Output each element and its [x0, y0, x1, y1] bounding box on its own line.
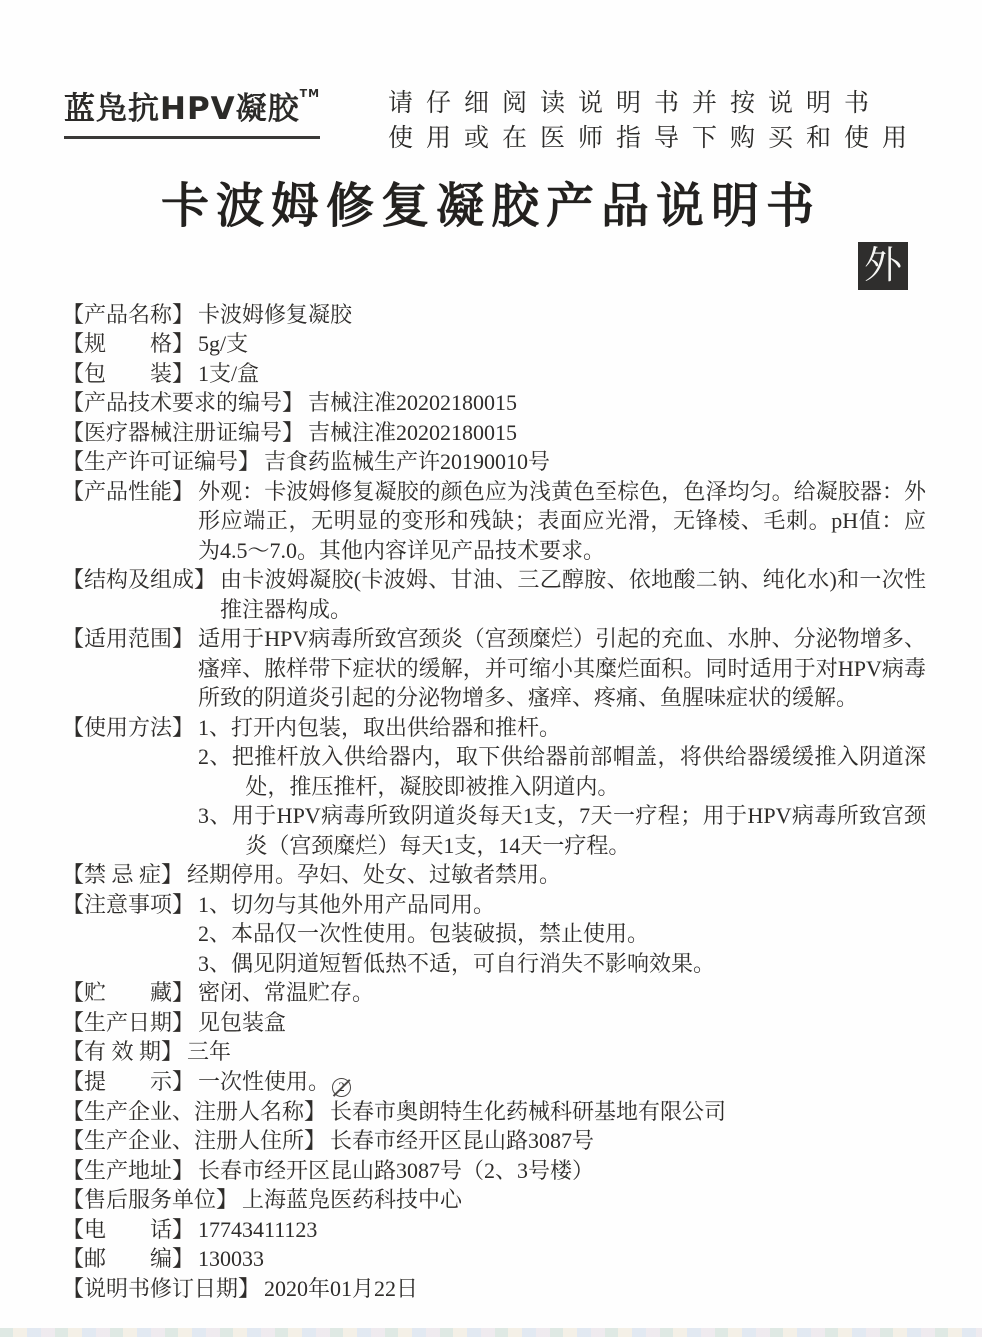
- field-label: 【说明书修订日期】: [62, 1274, 260, 1304]
- field-label: 【生产地址】: [62, 1156, 194, 1186]
- field-value: 三年: [183, 1037, 926, 1067]
- field-value: 17743411123: [194, 1215, 926, 1245]
- row-product-performance: 【产品性能】 外观：卡波姆修复凝胶的颜色应为浅黄色至棕色，色泽均匀。给凝胶器：外…: [62, 477, 926, 566]
- row-after-sales-unit: 【售后服务单位】 上海蓝凫医药科技中心: [62, 1185, 926, 1215]
- field-value: 由卡波姆凝胶(卡波姆、甘油、三乙醇胺、依地酸二钠、纯化水)和一次性推注器构成。: [216, 565, 926, 624]
- field-value: 上海蓝凫医药科技中心: [238, 1185, 926, 1215]
- row-tech-requirement-no: 【产品技术要求的编号】 吉械注准20202180015: [62, 388, 926, 418]
- row-phone: 【电 话】 17743411123: [62, 1215, 926, 1245]
- brand-block: 蓝凫抗HPV凝胶TM: [64, 86, 320, 139]
- row-product-name: 【产品名称】 卡波姆修复凝胶: [62, 300, 926, 330]
- row-spec: 【规 格】 5g/支: [62, 329, 926, 359]
- usage-step-3: 3、用于HPV病毒所致阴道炎每天1支，7天一疗程；用于HPV病毒所致宫颈炎（宫颈…: [198, 801, 926, 860]
- field-label: 【产品名称】: [62, 300, 194, 330]
- field-value: 1、切勿与其他外用产品同用。 2、本品仅一次性使用。包装破损，禁止使用。 3、偶…: [194, 890, 926, 979]
- header: 蓝凫抗HPV凝胶TM 请仔细阅读说明书并按说明书 使用或在医师指导下购买和使用: [64, 86, 924, 156]
- field-value: 一次性使用。2: [194, 1067, 926, 1097]
- field-label: 【提 示】: [62, 1067, 194, 1097]
- field-label: 【邮 编】: [62, 1244, 194, 1274]
- row-manufacturer-name: 【生产企业、注册人名称】 长春市奥朗特生化药械科研基地有限公司: [62, 1097, 926, 1127]
- field-label: 【生产许可证编号】: [62, 447, 260, 477]
- field-label: 【适用范围】: [62, 624, 194, 654]
- scan-edge-artifact: [0, 1328, 982, 1337]
- spec-list: 【产品名称】 卡波姆修复凝胶 【规 格】 5g/支 【包 装】 1支/盒 【产品…: [62, 300, 926, 1304]
- field-label: 【医疗器械注册证编号】: [62, 418, 304, 448]
- row-production-date: 【生产日期】 见包装盒: [62, 1008, 926, 1038]
- field-value: 卡波姆修复凝胶: [194, 300, 926, 330]
- row-usage-method: 【使用方法】 1、打开内包装，取出供给器和推杆。 2、把推杆放入供给器内，取下供…: [62, 713, 926, 861]
- notice-line-2: 使用或在医师指导下购买和使用: [388, 121, 920, 156]
- field-label: 【电 话】: [62, 1215, 194, 1245]
- precaution-1: 1、切勿与其他外用产品同用。: [198, 890, 926, 920]
- field-label: 【贮 藏】: [62, 978, 194, 1008]
- field-label: 【使用方法】: [62, 713, 194, 743]
- field-value: 5g/支: [194, 329, 926, 359]
- row-scope-of-application: 【适用范围】 适用于HPV病毒所致宫颈炎（宫颈糜烂）引起的充血、水肿、分泌物增多…: [62, 624, 926, 713]
- field-label: 【生产日期】: [62, 1008, 194, 1038]
- instruction-sheet-page: 蓝凫抗HPV凝胶TM 请仔细阅读说明书并按说明书 使用或在医师指导下购买和使用 …: [0, 0, 982, 1337]
- row-manufacturer-residence: 【生产企业、注册人住所】 长春市经开区昆山路3087号: [62, 1126, 926, 1156]
- tip-text: 一次性使用。: [198, 1069, 330, 1094]
- field-value: 1支/盒: [194, 359, 926, 389]
- row-production-license-no: 【生产许可证编号】 吉食药监械生产许20190010号: [62, 447, 926, 477]
- field-label: 【禁 忌 症】: [62, 860, 183, 890]
- row-revision-date: 【说明书修订日期】 2020年01月22日: [62, 1274, 926, 1304]
- field-value: 适用于HPV病毒所致宫颈炎（宫颈糜烂）引起的充血、水肿、分泌物增多、瘙痒、脓样带…: [194, 624, 926, 713]
- badge-row: 外: [0, 242, 982, 290]
- external-use-badge: 外: [858, 242, 908, 290]
- field-value: 长春市经开区昆山路3087号（2、3号楼）: [194, 1156, 926, 1186]
- field-value: 长春市经开区昆山路3087号: [326, 1126, 926, 1156]
- field-label: 【有 效 期】: [62, 1037, 183, 1067]
- field-label: 【注意事项】: [62, 890, 194, 920]
- field-value: 吉食药监械生产许20190010号: [260, 447, 926, 477]
- do-not-reuse-icon: 2: [332, 1078, 351, 1097]
- brand-text: 蓝凫抗HPV凝胶: [64, 91, 300, 127]
- field-value: 密闭、常温贮存。: [194, 978, 926, 1008]
- field-label: 【生产企业、注册人名称】: [62, 1097, 326, 1127]
- row-structure-composition: 【结构及组成】 由卡波姆凝胶(卡波姆、甘油、三乙醇胺、依地酸二钠、纯化水)和一次…: [62, 565, 926, 624]
- row-postcode: 【邮 编】 130033: [62, 1244, 926, 1274]
- field-value: 经期停用。孕妇、处女、过敏者禁用。: [183, 860, 926, 890]
- field-value: 吉械注准20202180015: [304, 418, 926, 448]
- precaution-3: 3、偶见阴道短暂低热不适，可自行消失不影响效果。: [198, 949, 926, 979]
- usage-step-2: 2、把推杆放入供给器内，取下供给器前部帽盖，将供给器缓缓推入阴道深处，推压推杆，…: [198, 742, 926, 801]
- field-value: 外观：卡波姆修复凝胶的颜色应为浅黄色至棕色，色泽均匀。给凝胶器：外形应端正，无明…: [194, 477, 926, 566]
- usage-notice: 请仔细阅读说明书并按说明书 使用或在医师指导下购买和使用: [388, 86, 924, 156]
- field-label: 【结构及组成】: [62, 565, 216, 595]
- row-storage: 【贮 藏】 密闭、常温贮存。: [62, 978, 926, 1008]
- row-registration-cert-no: 【医疗器械注册证编号】 吉械注准20202180015: [62, 418, 926, 448]
- row-production-address: 【生产地址】 长春市经开区昆山路3087号（2、3号楼）: [62, 1156, 926, 1186]
- notice-line-1: 请仔细阅读说明书并按说明书: [388, 86, 920, 121]
- field-value: 见包装盒: [194, 1008, 926, 1038]
- field-value: 吉械注准20202180015: [304, 388, 926, 418]
- field-label: 【售后服务单位】: [62, 1185, 238, 1215]
- field-label: 【规 格】: [62, 329, 194, 359]
- row-precautions: 【注意事项】 1、切勿与其他外用产品同用。 2、本品仅一次性使用。包装破损，禁止…: [62, 890, 926, 979]
- page-title: 卡波姆修复凝胶产品说明书: [0, 178, 982, 236]
- row-package: 【包 装】 1支/盒: [62, 359, 926, 389]
- field-label: 【产品技术要求的编号】: [62, 388, 304, 418]
- field-value: 1、打开内包装，取出供给器和推杆。 2、把推杆放入供给器内，取下供给器前部帽盖，…: [194, 713, 926, 861]
- field-label: 【生产企业、注册人住所】: [62, 1126, 326, 1156]
- field-value: 长春市奥朗特生化药械科研基地有限公司: [326, 1097, 926, 1127]
- brand-logo: 蓝凫抗HPV凝胶TM: [64, 92, 320, 139]
- row-shelf-life: 【有 效 期】 三年: [62, 1037, 926, 1067]
- field-label: 【包 装】: [62, 359, 194, 389]
- row-contraindications: 【禁 忌 症】 经期停用。孕妇、处女、过敏者禁用。: [62, 860, 926, 890]
- trademark-mark: TM: [300, 87, 320, 100]
- field-value: 2020年01月22日: [260, 1274, 926, 1304]
- usage-step-1: 1、打开内包装，取出供给器和推杆。: [198, 713, 926, 743]
- field-label: 【产品性能】: [62, 477, 194, 507]
- precaution-2: 2、本品仅一次性使用。包装破损，禁止使用。: [198, 919, 926, 949]
- field-value: 130033: [194, 1244, 926, 1274]
- row-tip: 【提 示】 一次性使用。2: [62, 1067, 926, 1097]
